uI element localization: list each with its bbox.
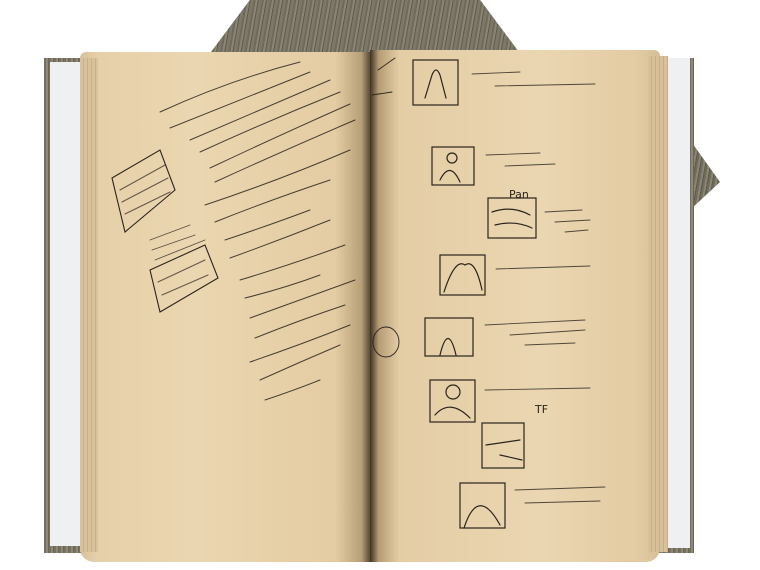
left-page-handwriting: [160, 62, 355, 400]
boxed-note-1: [112, 150, 175, 232]
right-page-handwriting: [472, 72, 605, 503]
margin-marks: [372, 58, 399, 357]
left-page-small-notes: [150, 225, 205, 260]
annotation-tf: TF: [535, 403, 548, 416]
boxed-note-2: [150, 245, 218, 312]
annotation-pan: Pan: [509, 188, 529, 201]
handwriting-and-sketches: [0, 0, 760, 570]
storyboard-frames: [413, 60, 536, 528]
